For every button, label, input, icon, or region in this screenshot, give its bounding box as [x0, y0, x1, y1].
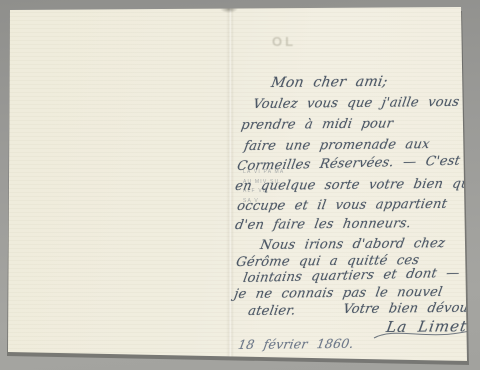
letter-salutation: Mon cher ami;	[270, 74, 389, 91]
letter-line: atelier.	[247, 304, 297, 319]
left-blank-page	[10, 7, 226, 352]
letter-date: 18 février 1860.	[237, 336, 355, 352]
fold-top-notch	[220, 5, 238, 13]
letter-line: d'en faire les honneurs.	[234, 216, 412, 233]
letter-closing: Votre bien dévoué	[342, 301, 477, 317]
letter-line: Voulez vous que j'aille vous	[252, 95, 460, 112]
faint-embossed-mark: OL	[272, 34, 296, 49]
letter-line: faire une promenade aux	[243, 137, 431, 154]
letter-sheet: OL LA VI PA MA AU MIV SIL ALF VB SA V Mo…	[0, 0, 480, 370]
center-fold-crease	[226, 7, 234, 359]
signature-flourish	[368, 320, 476, 344]
letter-line: je ne connais pas le nouvel	[233, 285, 444, 302]
letter-line: Nous irions d'abord chez	[259, 236, 446, 253]
scan-background: OL LA VI PA MA AU MIV SIL ALF VB SA V Mo…	[0, 0, 480, 370]
letter-line: prendre à midi pour	[240, 116, 394, 133]
letter-line: en quelque sorte votre bien que j'	[234, 176, 480, 194]
letter-line: Cormeilles Réservées. — C'est	[236, 154, 461, 174]
letter-line: occupe et il vous appartient	[236, 197, 448, 214]
